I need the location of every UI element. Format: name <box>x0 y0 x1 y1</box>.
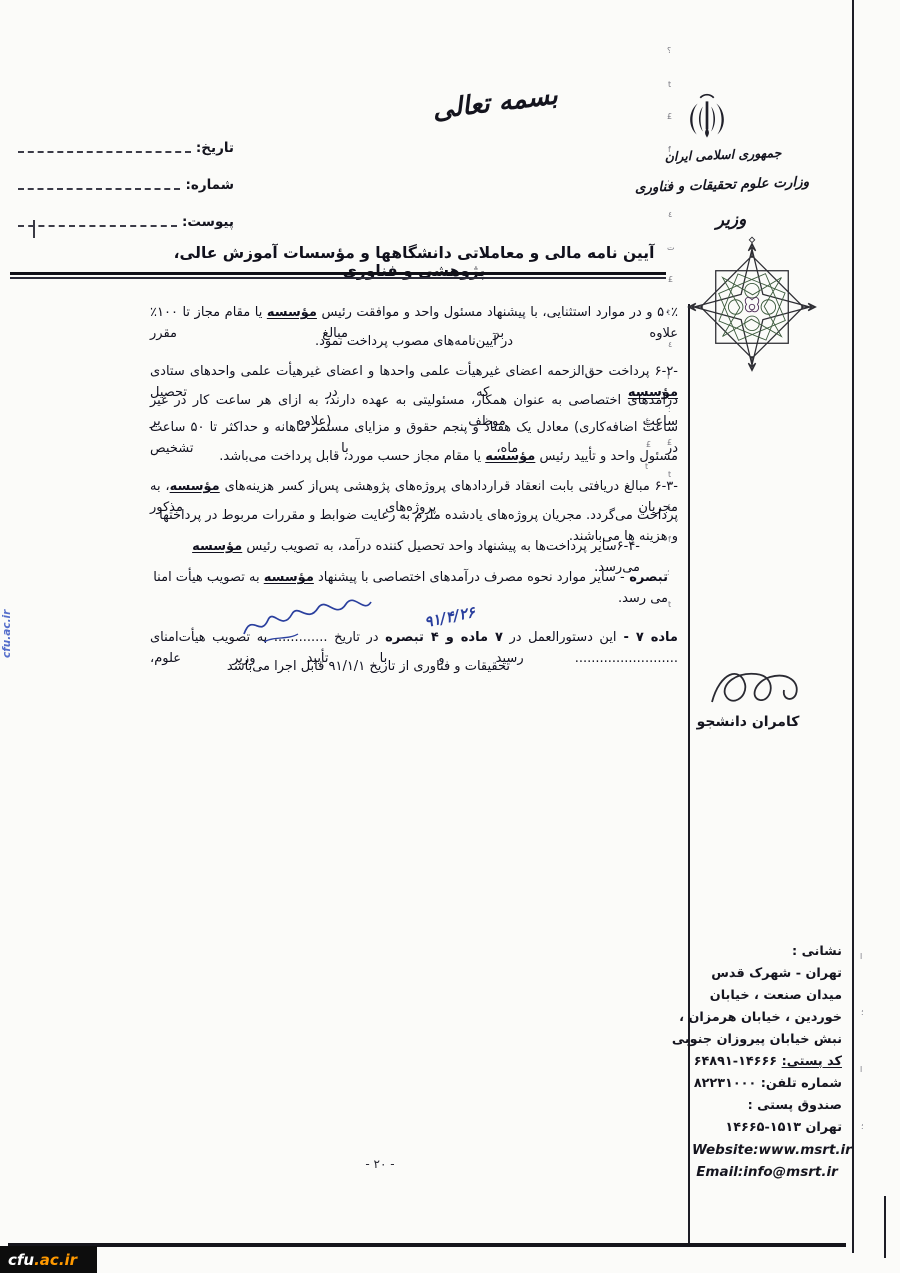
tabsereh-line: تبصره - سایر موارد نحوه مصرف درآمدهای اخ… <box>150 567 678 609</box>
scan-artifact-glyph: £ <box>668 275 673 284</box>
scan-artifact-glyph: ؟ <box>667 46 671 55</box>
text-segment: تهران - شهرک قدس <box>711 966 842 981</box>
scanned-document-page: { "page": {"width": 900, "height": 1273,… <box>0 0 900 1273</box>
title-underline-thick <box>10 272 666 275</box>
paragraph-50-line-2: در آیین‌نامه‌های مصوب پرداخت نمود. <box>150 331 678 352</box>
number-label: شماره: <box>185 177 234 193</box>
date-label: تاریخ: <box>196 140 234 156</box>
scan-artifact-glyph: ؛ <box>667 568 670 577</box>
text-segment: مؤسسه <box>192 539 242 554</box>
iran-emblem-icon <box>681 90 733 152</box>
text-segment: کد پستی: <box>782 1054 842 1069</box>
scan-artifact-glyph: ٤ <box>667 502 671 511</box>
text-segment: مؤسسه <box>485 449 535 464</box>
text-segment: ۶-۴- <box>617 539 640 554</box>
bottom-right-edge-line <box>884 1196 886 1258</box>
right-page-edge-line <box>852 0 854 1253</box>
text-segment: ۶-۳- <box>655 479 678 494</box>
text-segment: سایر پرداخت‌ها به پیشنهاد واحد تحصیل کنن… <box>242 539 616 554</box>
address-line: شماره تلفن: ۸۲۲۳۱۰۰۰ <box>692 1073 842 1095</box>
text-segment: Website:www.msrt.ir <box>692 1142 852 1158</box>
attachment-blank-line <box>18 214 177 227</box>
number-blank-line <box>18 177 180 190</box>
text-segment: مؤسسه <box>264 570 314 585</box>
scan-artifact-glyph: ؛ <box>667 178 670 187</box>
text-segment: تهران ۱۵۱۳-۱۴۶۶۵ <box>725 1120 842 1135</box>
address-line: میدان صنعت ، خیابان <box>692 985 842 1007</box>
scan-artifact-glyph: t <box>667 308 670 317</box>
date-blank-line <box>18 140 191 153</box>
text-segment: یا مقام مجاز حسب مورد، قابل پرداخت می‌با… <box>219 449 485 464</box>
scan-artifact-glyph: t <box>668 470 671 479</box>
corner-watermark-acir: .ac.ir <box>34 1251 77 1269</box>
address-block: نشانی :تهران - شهرک قدسمیدان صنعت ، خیاب… <box>692 941 842 1183</box>
text-segment: ۵۰٪ و در موارد استثنایی، با پیشنهاد مسئو… <box>317 305 678 320</box>
text-segment: پرداخت حق‌الزحمه اعضای غیرهیأت علمی واحد… <box>150 364 655 379</box>
address-line: Website:www.msrt.ir <box>692 1139 842 1161</box>
text-segment: این دستورالعمل در <box>503 630 617 645</box>
signatory-name: کامران دانشجو <box>678 714 818 730</box>
ornament-medallion-icon <box>684 234 820 384</box>
scan-artifact-glyph: t <box>668 80 671 89</box>
scan-artifact-glyph: ؛ <box>861 1008 864 1017</box>
scan-artifact-glyph: ت <box>667 243 675 252</box>
paragraph-2-6-line-4: مسئول واحد و تأیید رئیس مؤسسه یا مقام مج… <box>150 446 678 467</box>
number-field: شماره: <box>18 177 234 193</box>
address-line: تهران ۱۵۱۳-۱۴۶۶۵ <box>692 1117 842 1139</box>
address-line: خوردین ، خیابان هرمزان ، <box>692 1007 842 1029</box>
text-segment: تحقیقات و فناوری از تاریخ ۹۱/۱/۱ قابل اج… <box>227 659 510 674</box>
text-segment: ماده ۷ - <box>617 630 678 645</box>
page-number: - ۲۰ - <box>330 1157 430 1171</box>
address-line: نبش خیابان پیروزان جنوبی <box>692 1029 842 1051</box>
side-watermark: cfu.ac.ir <box>1 592 13 658</box>
attachment-label: پیوست: <box>182 214 234 230</box>
text-segment: شماره تلفن: ۸۲۲۳۱۰۰۰ <box>694 1076 842 1091</box>
text-segment: نبش خیابان پیروزان جنوبی <box>672 1032 842 1047</box>
handwriting-scribble-icon <box>238 594 376 652</box>
address-line: Email:info@msrt.ir <box>692 1161 842 1183</box>
scan-artifact-glyph: f <box>668 145 671 154</box>
text-segment: ۷ ماده و ۴ تبصره <box>385 630 503 645</box>
scan-artifact-glyph: t <box>645 462 648 471</box>
header-country-name: جمهوری اسلامی ایران <box>643 144 803 165</box>
signature-scribble-icon <box>700 660 812 718</box>
scan-artifact-glyph: ا <box>860 952 862 961</box>
scan-artifact-glyph: ؛ <box>861 1122 864 1131</box>
date-field: تاریخ: <box>18 140 234 156</box>
header-ministry-name: وزارت علوم تحقیقات و فناوری <box>628 174 816 197</box>
text-segment: تبصره <box>625 570 668 585</box>
scan-artifact-glyph: ا <box>860 1065 862 1074</box>
text-segment: - سایر موارد نحوه مصرف درآمدهای اختصاصی … <box>314 570 625 585</box>
address-line: نشانی : <box>692 941 842 963</box>
text-segment: میدان صنعت ، خیابان <box>710 988 842 1003</box>
attachment-field: پیوست: <box>18 214 234 230</box>
text-segment: ۱۴۶۶۶-۶۴۸۹۱ <box>694 1054 782 1069</box>
scan-artifact-glyph: f <box>668 535 671 544</box>
corner-watermark-cfu: cfu <box>8 1251 34 1269</box>
bismillah-calligraphy: بسمه تعالی <box>404 77 586 129</box>
text-segment: Email:info@msrt.ir <box>696 1164 838 1180</box>
scan-artifact-glyph: ؛ <box>668 405 671 414</box>
bottom-scan-line <box>8 1243 846 1247</box>
scan-artifact-glyph: £ <box>667 112 672 121</box>
title-underline-thin <box>10 277 666 279</box>
address-line: کد پستی: ۱۴۶۶۶-۶۴۸۹۱ <box>692 1051 842 1073</box>
text-segment: مبالغ دریافتی بابت انعقاد قراردادهای پرو… <box>220 479 655 494</box>
text-segment: مؤسسه <box>267 305 317 320</box>
scan-artifact-glyph: £ <box>646 440 651 449</box>
scan-artifact-glyph: f <box>667 372 670 381</box>
text-segment: صندوق پستی : <box>748 1098 842 1113</box>
text-segment: نشانی : <box>792 944 842 959</box>
address-line: صندوق پستی : <box>692 1095 842 1117</box>
corner-watermark: cfu.ac.ir <box>0 1246 97 1273</box>
header-minister-label: وزیر <box>690 209 773 232</box>
address-line: تهران - شهرک قدس <box>692 963 842 985</box>
content-right-divider-line <box>688 304 690 1246</box>
scan-artifact-glyph: ٤ <box>668 210 672 219</box>
scan-artifact-glyph: ٤ <box>645 416 649 425</box>
text-segment: مسئول واحد و تأیید رئیس <box>535 449 678 464</box>
scan-artifact-glyph: £ <box>667 438 672 447</box>
scan-artifact-glyph: ٤ <box>668 340 672 349</box>
scan-artifact-glyph: t <box>668 600 671 609</box>
text-segment: خوردین ، خیابان هرمزان ، <box>679 1010 842 1025</box>
text-segment: در آیین‌نامه‌های مصوب پرداخت نمود. <box>315 334 513 349</box>
text-segment: مؤسسه <box>170 479 220 494</box>
article-7-line-2: تحقیقات و فناوری از تاریخ ۹۱/۱/۱ قابل اج… <box>150 656 678 677</box>
